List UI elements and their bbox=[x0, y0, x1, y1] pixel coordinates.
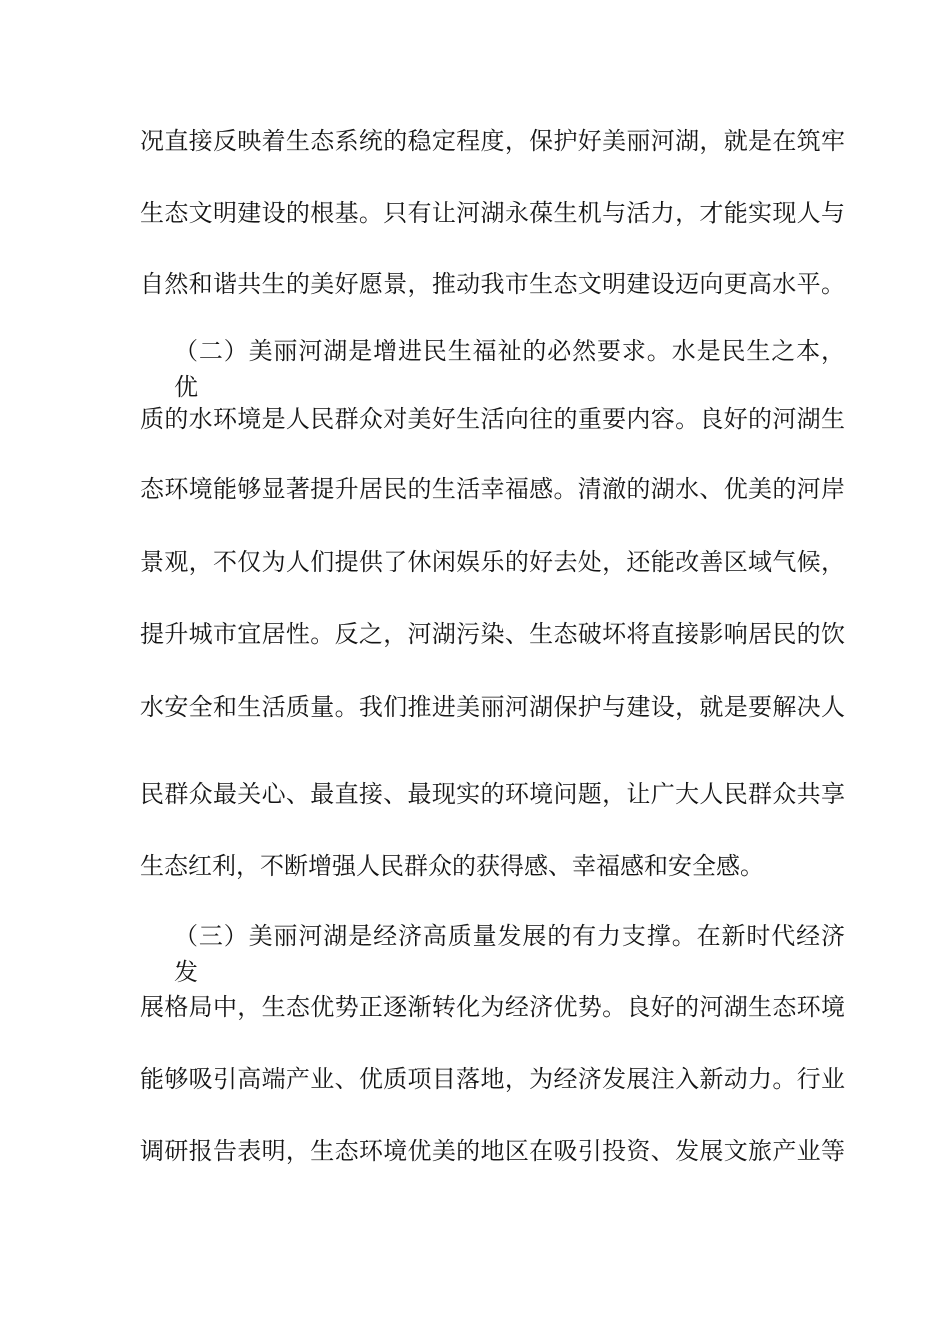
text-line: 能够吸引高端产业、优质项目落地，为经济发展注入新动力。行业 bbox=[140, 1062, 845, 1098]
text-line: 民群众最关心、最直接、最现实的环境问题，让广大人民群众共享 bbox=[140, 777, 845, 813]
text-line paragraph-end: 生态红利，不断增强人民群众的获得感、幸福感和安全感。 bbox=[140, 849, 845, 885]
text-line: 调研报告表明，生态环境优美的地区在吸引投资、发展文旅产业等 bbox=[140, 1134, 845, 1170]
text-line: 提升城市宜居性。反之，河湖污染、生态破坏将直接影响居民的饮 bbox=[140, 617, 845, 653]
text-line: 自然和谐共生的美好愿景，推动我市生态文明建设迈向更高水平。 bbox=[140, 267, 845, 303]
text-line: 景观，不仅为人们提供了休闲娱乐的好去处，还能改善区域气候， bbox=[140, 545, 845, 581]
text-line paragraph-start: （三）美丽河湖是经济高质量发展的有力支撑。在新时代经济发 bbox=[140, 919, 845, 955]
text-line: 水安全和生活质量。我们推进美丽河湖保护与建设，就是要解决人 bbox=[140, 690, 845, 726]
text-line: 质的水环境是人民群众对美好生活向往的重要内容。良好的河湖生 bbox=[140, 402, 845, 438]
document-page: 况直接反映着生态系统的稳定程度，保护好美丽河湖，就是在筑牢 生态文明建设的根基。… bbox=[0, 0, 950, 1344]
text-line: 展格局中，生态优势正逐渐转化为经济优势。良好的河湖生态环境 bbox=[140, 990, 845, 1026]
text-line paragraph-start: （二）美丽河湖是增进民生福祉的必然要求。水是民生之本，优 bbox=[140, 334, 845, 370]
text-line: 况直接反映着生态系统的稳定程度，保护好美丽河湖，就是在筑牢 bbox=[140, 124, 845, 160]
text-line: 态环境能够显著提升居民的生活幸福感。清澈的湖水、优美的河岸 bbox=[140, 472, 845, 508]
text-line: 生态文明建设的根基。只有让河湖永葆生机与活力，才能实现人与 bbox=[140, 196, 845, 232]
